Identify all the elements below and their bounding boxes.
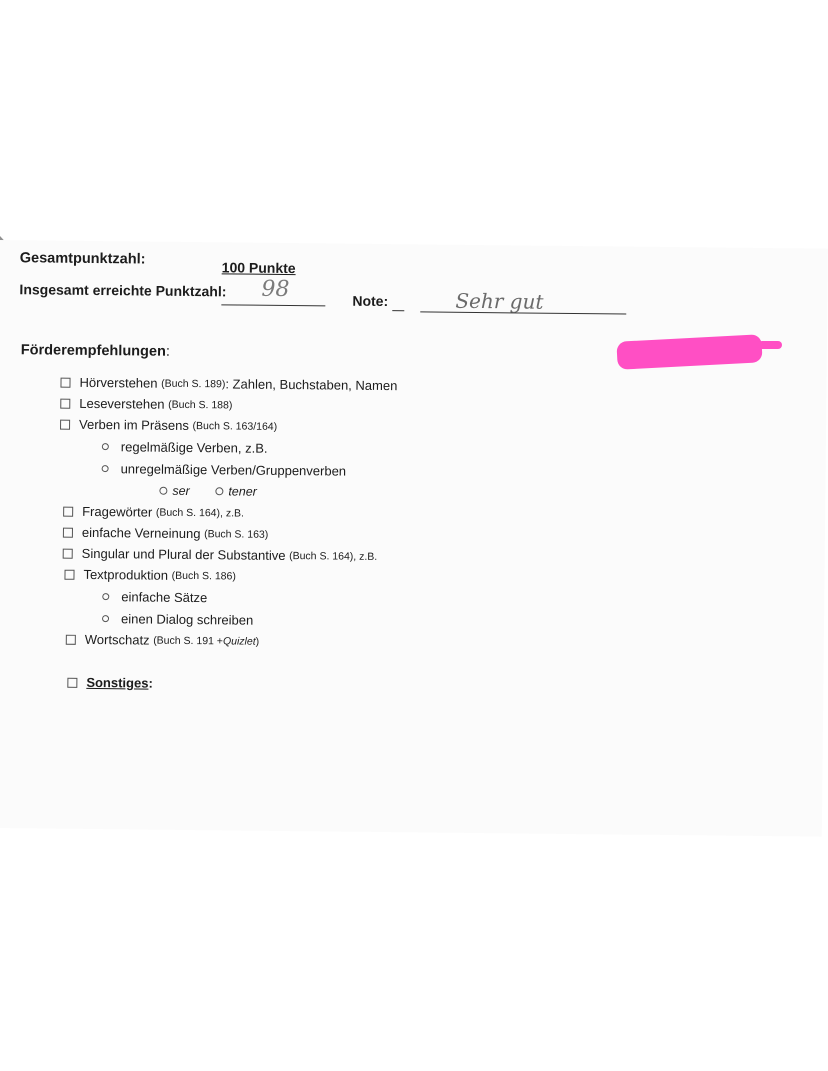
bullet-circle-icon <box>159 487 167 495</box>
item-ref: (Buch S. 189) <box>161 377 225 390</box>
achieved-points-label: Insgesamt erreichte Punktzahl: <box>19 281 226 299</box>
sub-list-item: einen Dialog schreiben <box>102 611 253 628</box>
sub-list-item: regelmäßige Verben, z.B. <box>102 439 268 456</box>
handwritten-score: 98 <box>261 277 289 302</box>
handwritten-grade: Sehr gut <box>455 289 543 314</box>
item-ref: (Buch S. 164) <box>156 506 220 519</box>
subitem-text: einfache Sätze <box>121 589 207 605</box>
item-ref: (Buch S. 188) <box>168 398 232 411</box>
sub-sub-item: ser <box>159 484 190 498</box>
item-ref-end: ) <box>256 635 260 647</box>
subsubitem-text: tener <box>228 484 257 498</box>
subitem-text: einen Dialog schreiben <box>121 611 253 627</box>
list-item: Singular und Plural der Substantive (Buc… <box>63 546 378 564</box>
sub-list-item: unregelmäßige Verben/Gruppenverben <box>102 461 347 479</box>
heading-text: Förderempfehlungen <box>21 342 166 360</box>
item-ref: (Buch S. 163/164) <box>192 420 277 433</box>
bullet-circle-icon <box>215 487 223 495</box>
checkbox-icon[interactable] <box>60 398 70 408</box>
sub-sub-item: tener <box>215 484 257 498</box>
bullet-circle-icon <box>102 615 109 622</box>
total-points-label: Gesamtpunktzahl: <box>20 250 146 267</box>
item-text: Textproduktion <box>83 567 168 583</box>
item-ref: (Buch S. 164) <box>289 550 353 563</box>
checkbox-icon[interactable] <box>63 527 73 537</box>
subitem-text: regelmäßige Verben, z.B. <box>121 439 268 456</box>
bullet-circle-icon <box>102 465 109 472</box>
pink-highlighter-tail <box>758 341 782 349</box>
item-ref-italic: Quizlet <box>223 635 256 647</box>
item-text: Singular und Plural der Substantive <box>82 546 286 563</box>
recommendations-heading: Förderempfehlungen: <box>21 342 170 360</box>
bullet-circle-icon <box>102 443 109 450</box>
checkbox-icon[interactable] <box>66 634 76 644</box>
item-text: Hörverstehen <box>79 375 157 391</box>
grade-label: Note: <box>352 293 388 309</box>
bullet-circle-icon <box>102 593 109 600</box>
item-text: Wortschatz <box>85 632 150 648</box>
checkbox-icon[interactable] <box>60 377 70 387</box>
subsubitem-text: ser <box>172 484 190 498</box>
item-ref: (Buch S. 186) <box>172 569 236 582</box>
list-item: einfache Verneinung (Buch S. 163) <box>63 525 269 542</box>
list-item: Fragewörter (Buch S. 164), z.B. <box>63 504 244 521</box>
list-item: Textproduktion (Buch S. 186) <box>64 567 236 584</box>
checkbox-icon[interactable] <box>60 419 70 429</box>
item-suffix: , z.B. <box>220 507 244 519</box>
scanned-paper: Gesamtpunktzahl: 100 Punkte Insgesamt er… <box>0 240 828 837</box>
item-text: Sonstiges <box>86 675 148 691</box>
heading-colon: : <box>166 344 170 360</box>
list-item: Hörverstehen (Buch S. 189): Zahlen, Buch… <box>60 375 397 394</box>
item-suffix: : <box>148 676 153 691</box>
item-text: Leseverstehen <box>79 396 164 412</box>
item-ref: (Buch S. 191 + <box>153 634 223 647</box>
sub-list-item: einfache Sätze <box>102 589 207 605</box>
list-item: Wortschatz (Buch S. 191 + Quizlet) <box>66 632 260 649</box>
item-suffix: , z.B. <box>353 550 377 562</box>
list-item: Leseverstehen (Buch S. 188) <box>60 396 232 413</box>
total-points-value: 100 Punkte <box>222 259 296 276</box>
subitem-text: unregelmäßige Verben/Gruppenverben <box>121 461 347 478</box>
checkbox-icon[interactable] <box>64 569 74 579</box>
item-ref: (Buch S. 163) <box>204 528 268 541</box>
item-text: Fragewörter <box>82 504 152 520</box>
checkbox-icon[interactable] <box>63 506 73 516</box>
checkbox-icon[interactable] <box>67 677 77 687</box>
grade-dash <box>392 310 404 311</box>
item-text: einfache Verneinung <box>82 525 201 541</box>
list-item: Verben im Präsens (Buch S. 163/164) <box>60 417 277 434</box>
checkbox-icon[interactable] <box>63 548 73 558</box>
score-line <box>221 304 325 306</box>
item-suffix: : Zahlen, Buchstaben, Namen <box>225 376 397 393</box>
item-text: Verben im Präsens <box>79 417 189 433</box>
list-item: Sonstiges: <box>67 675 153 691</box>
